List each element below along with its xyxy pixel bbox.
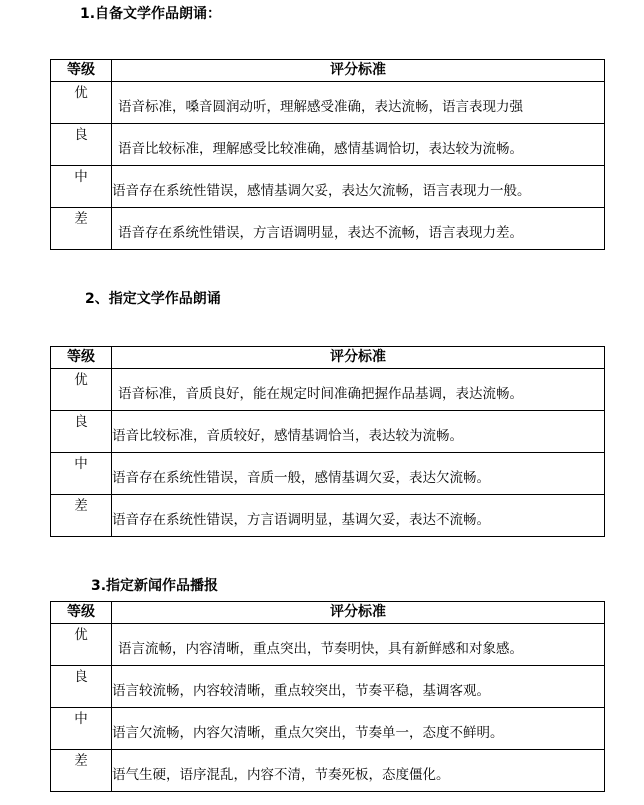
- section-2-title: 2、指定文学作品朗诵: [85, 290, 221, 308]
- header-level: 等级: [51, 347, 112, 369]
- table-row: 差 语音存在系统性错误，方言语调明显，基调欠妥，表达不流畅。: [51, 495, 605, 537]
- table-row: 良 语言较流畅，内容较清晰，重点较突出，节奏平稳，基调客观。: [51, 666, 605, 708]
- grade-criteria: 语音存在系统性错误，音质一般，感情基调欠妥，表达欠流畅。: [112, 453, 605, 495]
- grade-criteria: 语言流畅，内容清晰，重点突出，节奏明快，具有新鲜感和对象感。: [112, 624, 605, 666]
- grade-level: 差: [51, 495, 112, 537]
- grade-level: 良: [51, 124, 112, 166]
- grade-level: 优: [51, 624, 112, 666]
- table-row: 优 语音标准，音质良好，能在规定时间准确把握作品基调，表达流畅。: [51, 369, 605, 411]
- section-1-table: 等级 评分标准 优 语音标准，嗓音圆润动听，理解感受准确，表达流畅，语言表现力强…: [50, 59, 605, 250]
- grade-criteria: 语言较流畅，内容较清晰，重点较突出，节奏平稳，基调客观。: [112, 666, 605, 708]
- grade-criteria: 语音存在系统性错误，感情基调欠妥，表达欠流畅，语言表现力一般。: [112, 166, 605, 208]
- table-row: 中 语音存在系统性错误，感情基调欠妥，表达欠流畅，语言表现力一般。: [51, 166, 605, 208]
- table-row: 差 语气生硬，语序混乱，内容不清，节奏死板，态度僵化。: [51, 750, 605, 792]
- section-1-title: 1.自备文学作品朗诵：: [80, 5, 221, 23]
- header-criteria: 评分标准: [112, 602, 605, 624]
- table-row: 差 语音存在系统性错误，方言语调明显，表达不流畅，语言表现力差。: [51, 208, 605, 250]
- grade-criteria: 语音标准，音质良好，能在规定时间准确把握作品基调，表达流畅。: [112, 369, 605, 411]
- section-2-table: 等级 评分标准 优 语音标准，音质良好，能在规定时间准确把握作品基调，表达流畅。…: [50, 346, 605, 537]
- table-row: 良 语音比较标准，音质较好，感情基调恰当，表达较为流畅。: [51, 411, 605, 453]
- grade-criteria: 语言欠流畅，内容欠清晰，重点欠突出，节奏单一，态度不鲜明。: [112, 708, 605, 750]
- section-3-table: 等级 评分标准 优 语言流畅，内容清晰，重点突出，节奏明快，具有新鲜感和对象感。…: [50, 601, 605, 792]
- table-header-row: 等级 评分标准: [51, 347, 605, 369]
- grade-criteria: 语音标准，嗓音圆润动听，理解感受准确，表达流畅，语言表现力强: [112, 82, 605, 124]
- header-level: 等级: [51, 602, 112, 624]
- header-criteria: 评分标准: [112, 347, 605, 369]
- grade-criteria: 语气生硬，语序混乱，内容不清，节奏死板，态度僵化。: [112, 750, 605, 792]
- table-header-row: 等级 评分标准: [51, 60, 605, 82]
- grade-level: 差: [51, 208, 112, 250]
- table-header-row: 等级 评分标准: [51, 602, 605, 624]
- table-row: 中 语音存在系统性错误，音质一般，感情基调欠妥，表达欠流畅。: [51, 453, 605, 495]
- grade-criteria: 语音存在系统性错误，方言语调明显，表达不流畅，语言表现力差。: [112, 208, 605, 250]
- grade-level: 良: [51, 411, 112, 453]
- grade-criteria: 语音比较标准，理解感受比较准确，感情基调恰切，表达较为流畅。: [112, 124, 605, 166]
- grade-level: 差: [51, 750, 112, 792]
- grade-criteria: 语音比较标准，音质较好，感情基调恰当，表达较为流畅。: [112, 411, 605, 453]
- grade-criteria: 语音存在系统性错误，方言语调明显，基调欠妥，表达不流畅。: [112, 495, 605, 537]
- grade-level: 优: [51, 369, 112, 411]
- section-3-title: 3.指定新闻作品播报: [91, 577, 218, 595]
- grade-level: 中: [51, 166, 112, 208]
- grade-level: 中: [51, 708, 112, 750]
- grade-level: 中: [51, 453, 112, 495]
- header-criteria: 评分标准: [112, 60, 605, 82]
- header-level: 等级: [51, 60, 112, 82]
- table-row: 中 语言欠流畅，内容欠清晰，重点欠突出，节奏单一，态度不鲜明。: [51, 708, 605, 750]
- table-row: 良 语音比较标准，理解感受比较准确，感情基调恰切，表达较为流畅。: [51, 124, 605, 166]
- grade-level: 优: [51, 82, 112, 124]
- grade-level: 良: [51, 666, 112, 708]
- table-row: 优 语言流畅，内容清晰，重点突出，节奏明快，具有新鲜感和对象感。: [51, 624, 605, 666]
- table-row: 优 语音标准，嗓音圆润动听，理解感受准确，表达流畅，语言表现力强: [51, 82, 605, 124]
